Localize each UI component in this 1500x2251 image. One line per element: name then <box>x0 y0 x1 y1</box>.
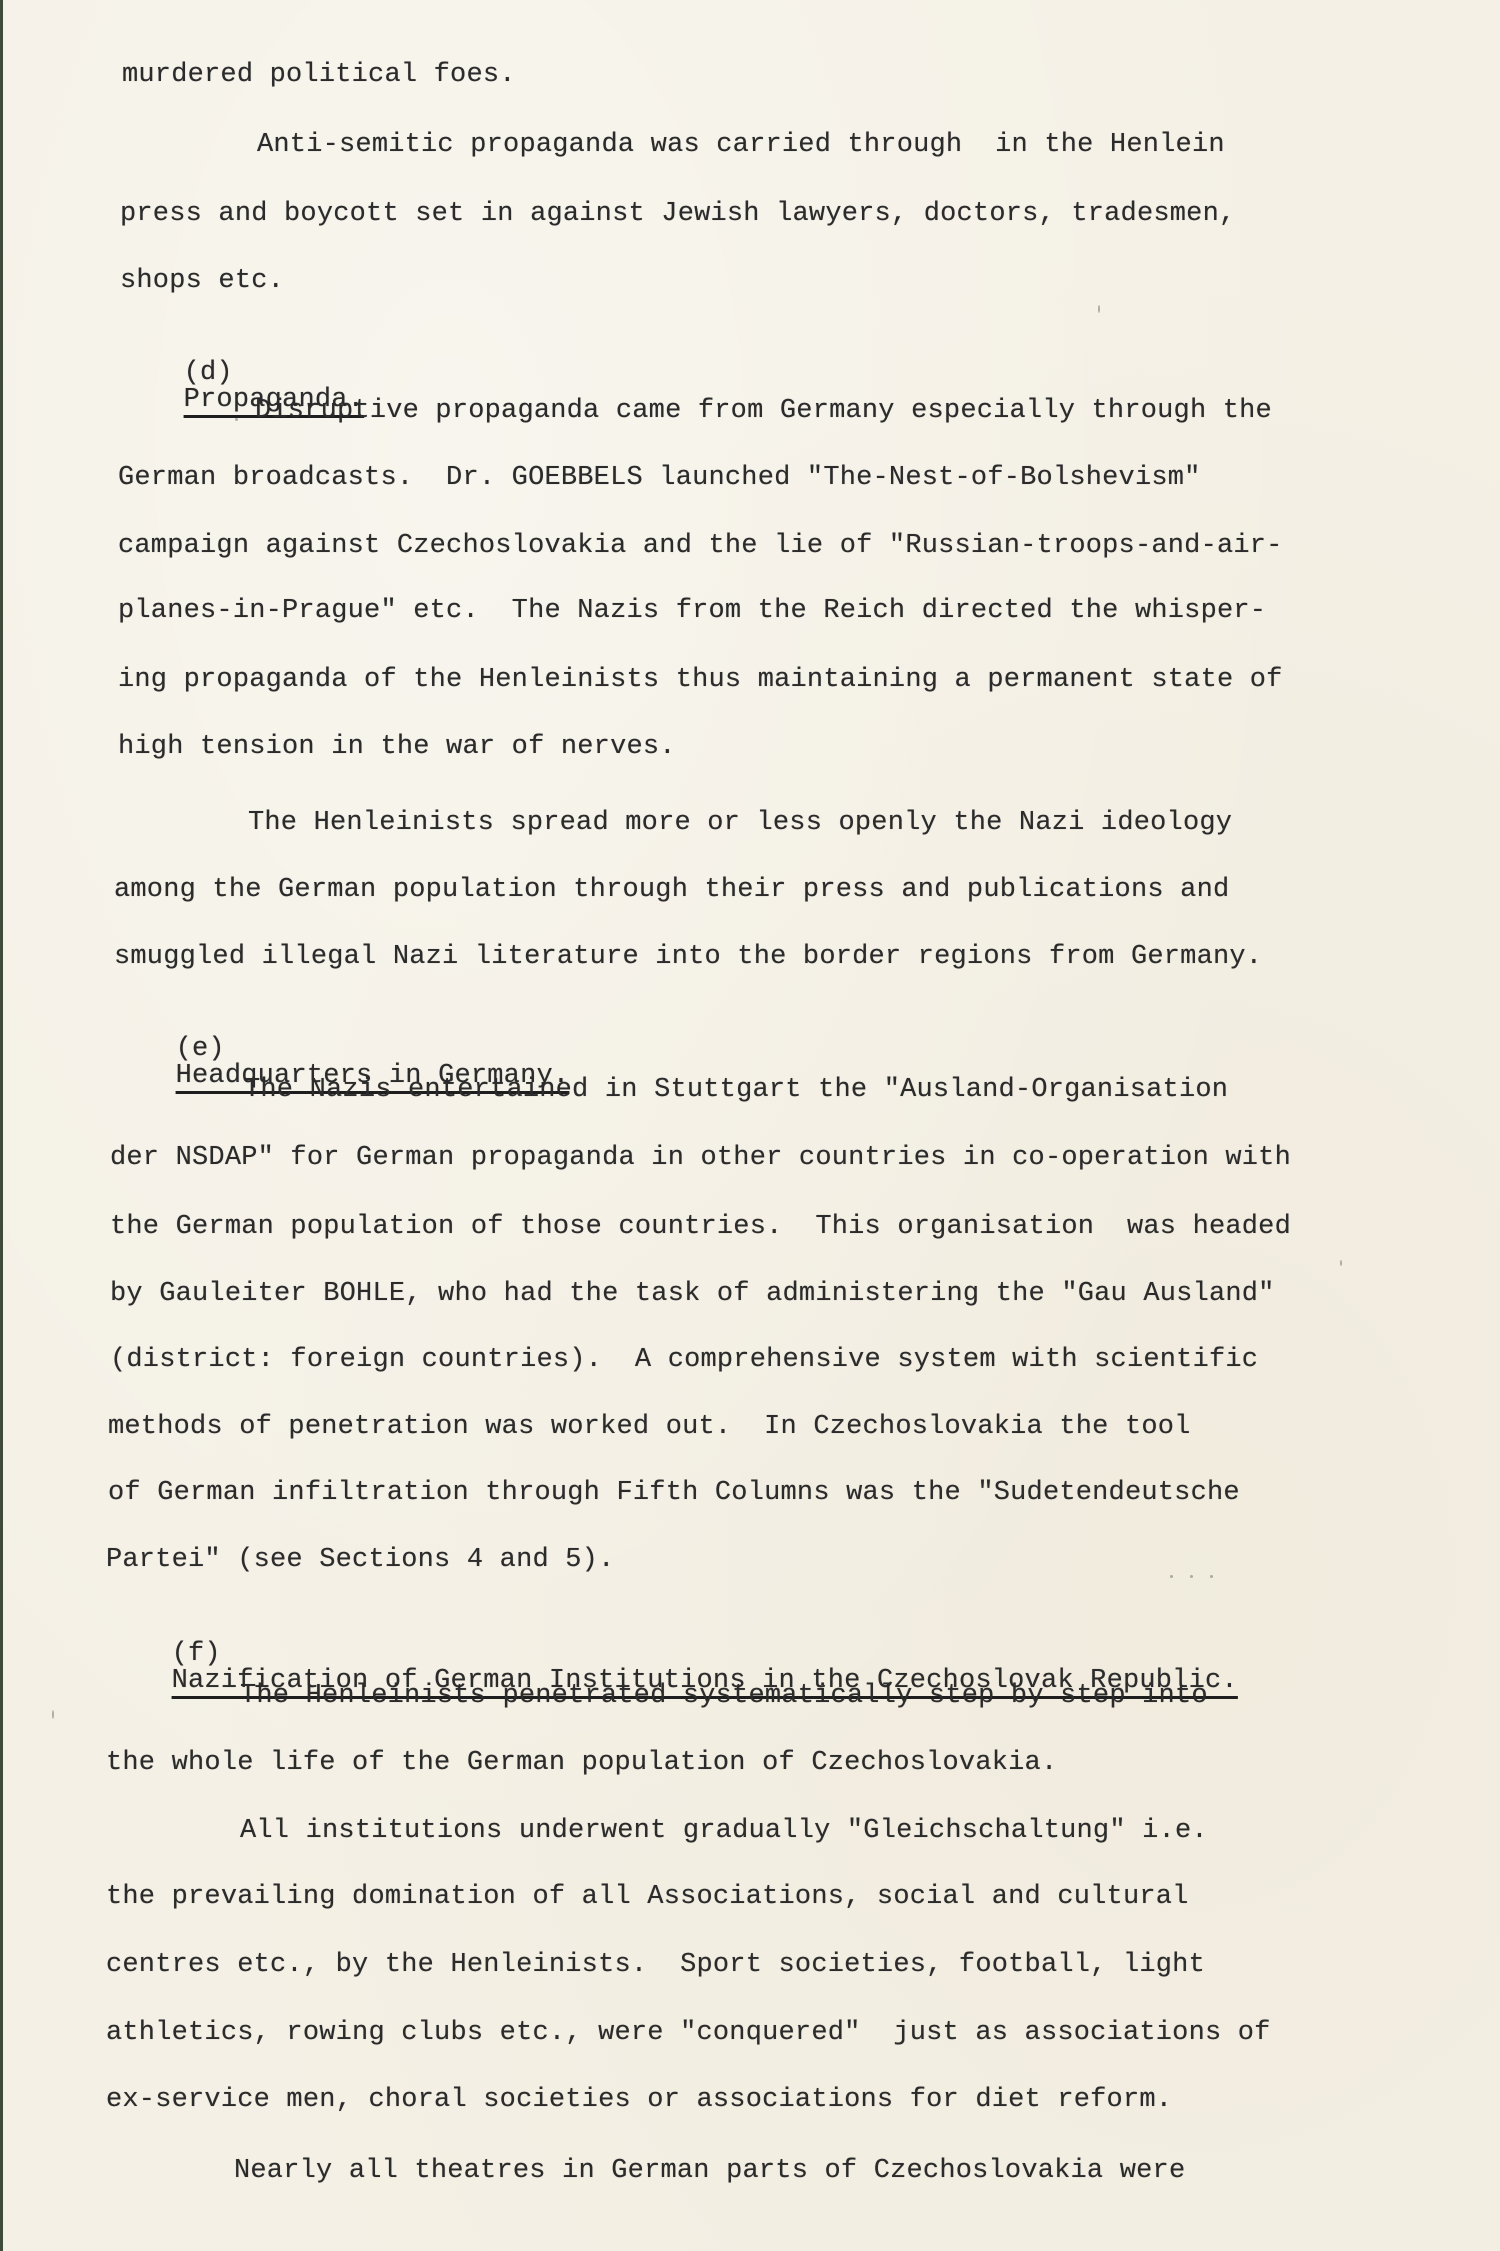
text-line: Partei" (see Sections 4 and 5). <box>106 1547 614 1574</box>
page-edge <box>0 0 3 2251</box>
text-line: The Nazis entertained in Stuttgart the "… <box>244 1077 1228 1104</box>
text-line: Nearly all theatres in German parts of C… <box>234 2158 1185 2185</box>
text-line: among the German population through thei… <box>114 877 1229 904</box>
text-line: the whole life of the German population … <box>106 1750 1057 1777</box>
text-line: ex-service men, choral societies or asso… <box>106 2087 1172 2114</box>
text-line: murdered political foes. <box>122 62 516 89</box>
text-line: of German infiltration through Fifth Col… <box>108 1480 1240 1507</box>
section-label: (f) <box>172 1639 221 1669</box>
section-label: (e) <box>176 1034 225 1064</box>
text-line: methods of penetration was worked out. I… <box>108 1414 1191 1441</box>
text-line: press and boycott set in against Jewish … <box>120 201 1235 228</box>
paper-speck <box>1190 1575 1193 1578</box>
text-line: high tension in the war of nerves. <box>118 734 676 761</box>
text-line: by Gauleiter BOHLE, who had the task of … <box>110 1281 1275 1308</box>
text-line: Anti-semitic propaganda was carried thro… <box>257 132 1225 159</box>
paper-speck <box>52 1710 54 1719</box>
text-line: planes-in-Prague" etc. The Nazis from th… <box>118 598 1266 625</box>
text-line: (district: foreign countries). A compreh… <box>110 1347 1258 1374</box>
text-line: centres etc., by the Henleinists. Sport … <box>106 1952 1205 1979</box>
paper-speck <box>1210 1575 1213 1578</box>
paper-speck <box>1170 1575 1173 1578</box>
paper-speck <box>235 418 238 421</box>
text-line: The Henleinists spread more or less open… <box>248 810 1232 837</box>
paper-speck <box>1340 1260 1342 1266</box>
typewritten-page: murdered political foes. Anti-semitic pr… <box>0 0 1500 2251</box>
text-line: der NSDAP" for German propaganda in othe… <box>110 1145 1291 1172</box>
text-line: Disruptive propaganda came from Germany … <box>255 398 1272 425</box>
text-line: shops etc. <box>120 268 284 295</box>
text-line: the German population of those countries… <box>110 1214 1291 1241</box>
text-line: smuggled illegal Nazi literature into th… <box>114 944 1262 971</box>
text-line: campaign against Czechoslovakia and the … <box>118 533 1283 560</box>
text-line: German broadcasts. Dr. GOEBBELS launched… <box>118 465 1201 492</box>
text-line: The Henleinists penetrated systematicall… <box>240 1683 1208 1710</box>
paper-speck <box>1098 305 1100 313</box>
text-line: All institutions underwent gradually "Gl… <box>240 1818 1208 1845</box>
text-line: athletics, rowing clubs etc., were "conq… <box>106 2020 1271 2047</box>
section-label: (d) <box>184 358 233 388</box>
text-line: the prevailing domination of all Associa… <box>106 1884 1189 1911</box>
text-line: ing propaganda of the Henleinists thus m… <box>118 667 1283 694</box>
